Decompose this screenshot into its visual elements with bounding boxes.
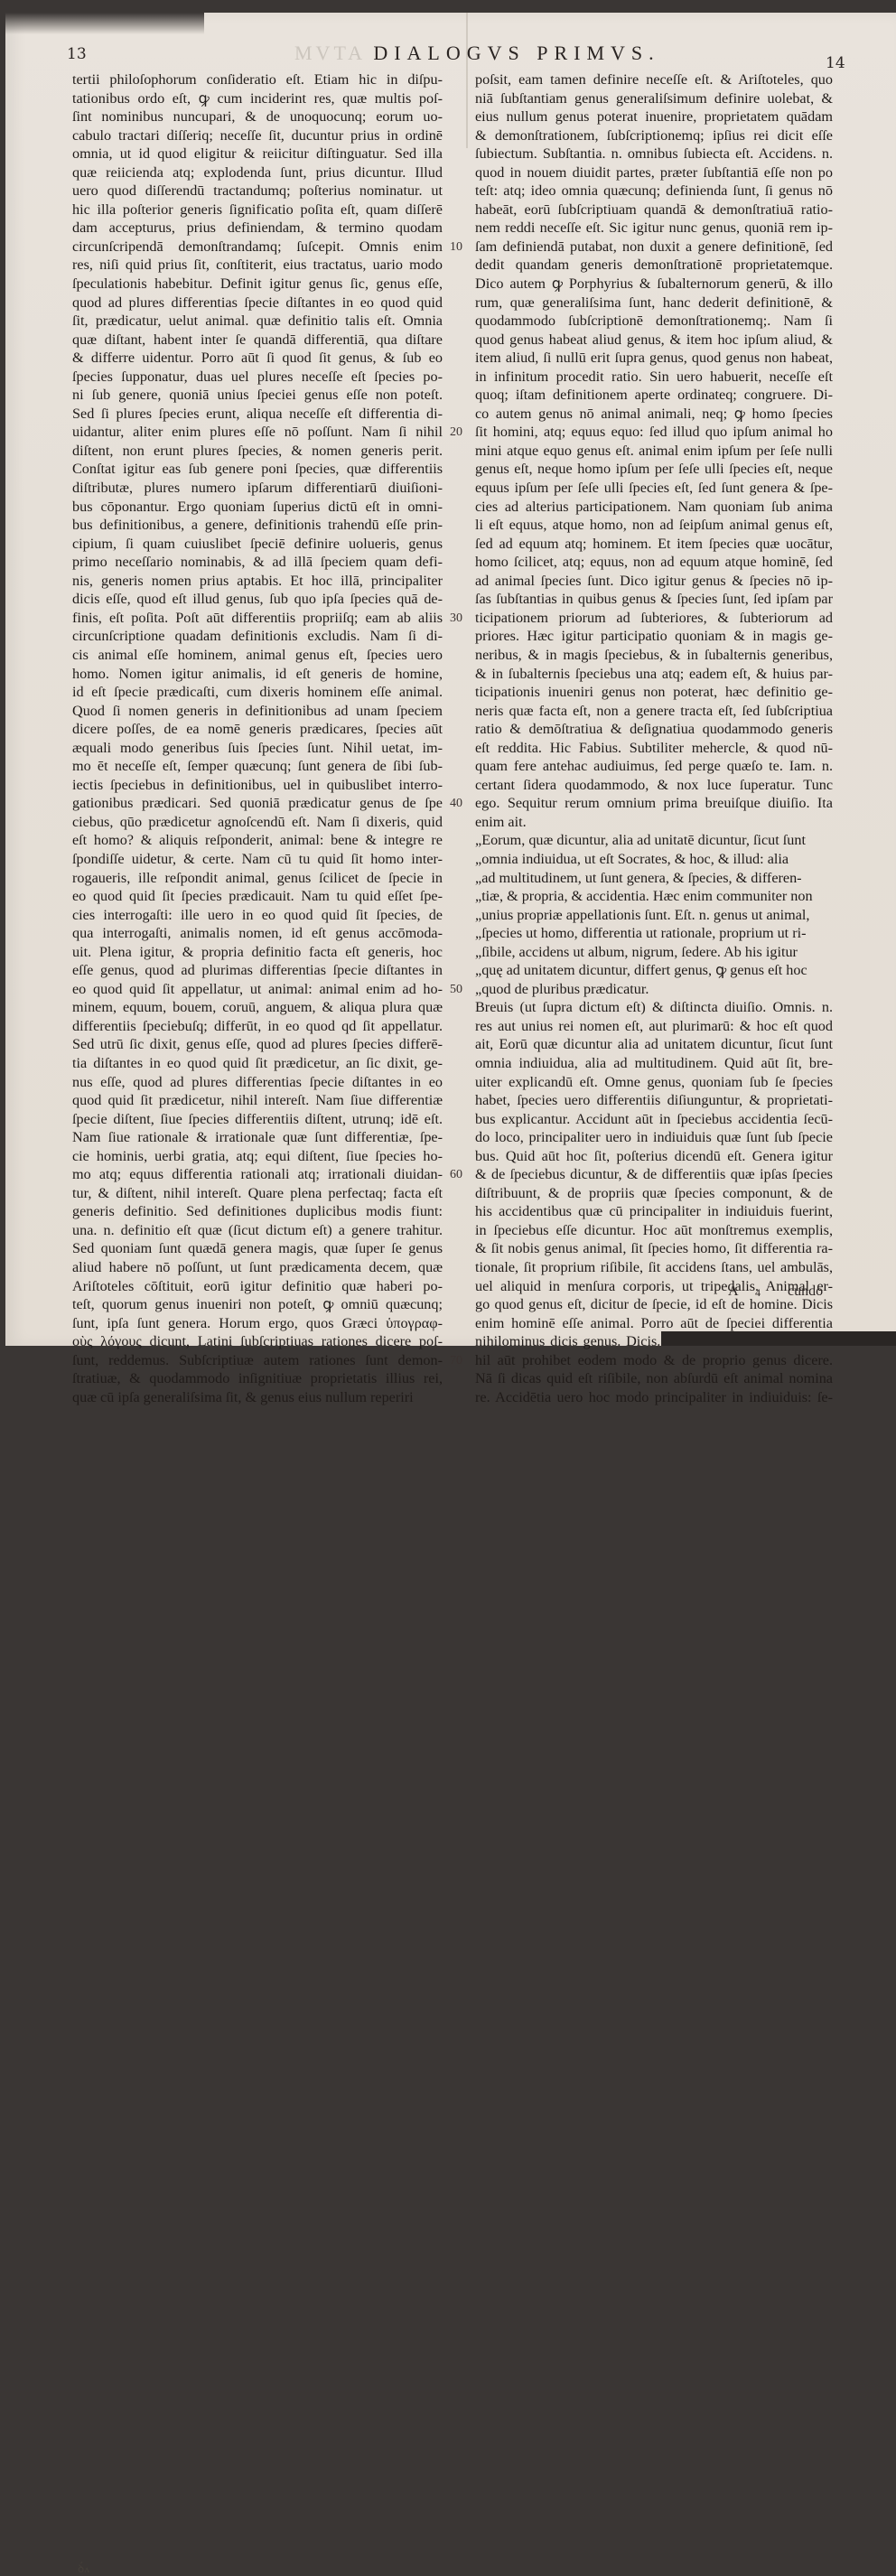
text-line: tur, & diſtent, nihil intereſt. Quare pl… (72, 1184, 443, 1203)
text-line: quæ diſtant, habent inter ſe quandā diff… (72, 331, 443, 350)
scan-shadow-bottom (661, 1331, 896, 1346)
quoted-text: unius propriæ appellationis ſunt. Eſt. n… (481, 907, 809, 923)
text-line: ad animal ſpecies ſunt. Dico igitur genu… (475, 572, 833, 591)
text-line: quæ reiicienda atq; explodenda ſunt, pri… (72, 163, 443, 182)
text-line: in infinitum procedit ratio. Sin uero ha… (475, 368, 833, 387)
text-line: generis definitio. Sed definitiones dupl… (72, 1202, 443, 1221)
text-line: go quod genus eſt, dicitur de ſpecie, id… (475, 1295, 833, 1314)
text-line: cie hominis, uerbi gratia, atq; equi diſ… (72, 1147, 443, 1166)
text-line: enim hominē eſſe animal. Porro aūt de ſp… (475, 1314, 833, 1333)
text-line: quod genus habeat aliud genus, & item ho… (475, 331, 833, 350)
text-line: hil aūt prohibet eodem modo & de proprio… (475, 1351, 833, 1355)
text-line: mo ēt neceſſe eſt, ſemper quæcunq; ſunt … (72, 757, 443, 776)
text-line: gationibus prædicari. Sed quoniā prædica… (72, 794, 443, 813)
paper-fold-mark (466, 13, 468, 148)
text-line: quod ad plures differentias ſpecie diſta… (72, 294, 443, 313)
text-line: eo quod quid ſit appellatur, ut animal: … (72, 980, 443, 999)
text-line: & differre uidentur. Porro aūt ſi quod ſ… (72, 349, 443, 368)
text-line: equus ipſum per ſeſe ulli ſpecies eſt, ſ… (475, 479, 833, 498)
text-line: ego. Sequitur rerum omnium prima breuiſq… (475, 794, 833, 813)
text-line: uit. Plena igitur, & propria definitio f… (72, 943, 443, 962)
text-line: ſed ad equum atq; hominem. Et item ſpeci… (475, 535, 833, 554)
right-text-column: poſsit, eam tamen definire neceſſe eſt. … (475, 70, 833, 1355)
text-line: & de ſpeciebus dicuntur, & de differenti… (475, 1165, 833, 1184)
quoted-text: ſibile, accidens ut album, nigrum, ſeder… (481, 944, 798, 960)
text-line: eius nullum genus poterat inuenire, prop… (475, 107, 833, 126)
text-line: item aliud, ſi nullū erit ſupra genus, q… (475, 349, 833, 368)
text-line: Ariſtoteles cōſtituit, eorū igitur defin… (72, 1277, 443, 1296)
quoted-text: tiæ, & propria, & accidentia. Hæc enim c… (481, 888, 812, 904)
text-line: priores. Hæc igitur participatio quoniam… (475, 627, 833, 646)
text-line: mo atq; equus differentia rationali atq;… (72, 1165, 443, 1184)
text-line: nis, generis nomen prius aptabis. Et hoc… (72, 572, 443, 591)
text-line: his accidentibus quæ cū principaliter in… (475, 1202, 833, 1221)
text-line: uel aliquid in menſura corporis, ut trip… (475, 1277, 833, 1296)
text-line: cis animal eſſe hominem, animal genus eſ… (72, 646, 443, 665)
text-line: quod in nouem diuidit partes, præter ſub… (475, 163, 833, 182)
text-line: ſit, prædicatur, uelut animal. quæ defin… (72, 312, 443, 331)
text-line: res aut unius rei nomen eſt, aut plurima… (475, 1017, 833, 1036)
text-line: ſint nominibus nuncupari, & de unoquocun… (72, 107, 443, 126)
catchword: cundo (788, 1283, 823, 1300)
text-line: Nam ſiue rationale & irrationale quæ ſun… (72, 1128, 443, 1147)
page-number-right: 14 (826, 54, 845, 72)
text-line: ſubiectum. Subſtantia. n. omnibus ſubiec… (475, 145, 833, 163)
quoted-text-line: „quę ad unitatem dicuntur, differt genus… (475, 961, 833, 980)
text-line: tia diſtantes in eo quod quid ſit prædic… (72, 1054, 443, 1073)
text-line: ſpeculationis habebitur. Definit igitur … (72, 275, 443, 294)
text-line: minem, equum, bouem, coruū, anguem, & al… (72, 998, 443, 1017)
text-line: ratio & demōſtratiua & deſignatiua quoda… (475, 720, 833, 739)
text-line: tertii philoſophorum conſideratio eſt. E… (72, 70, 443, 89)
text-line: dam accepturus, prius definiendam, & ter… (72, 219, 443, 238)
text-line: cabulo tractari diſſeriq; neceſſe ſit, d… (72, 126, 443, 145)
text-line: uidantur, aliter enim plures eſſe nō poſ… (72, 423, 443, 442)
text-line: nus eſſe, quod ad plures differentias ſp… (72, 1073, 443, 1092)
text-line: mini atque equo genus eſt. animal enim i… (475, 442, 833, 461)
text-line: id eſt ſpecie prædicaſti, cum dixeris ho… (72, 683, 443, 702)
text-line: teſt: atq; ideo omnia quæcunq; definiend… (475, 182, 833, 201)
quoted-text: Eorum, quæ dicuntur, alia ad unitatē dic… (481, 832, 806, 848)
text-line: ticipationis inueniri genus non poterat,… (475, 683, 833, 702)
text-line: quod quid ſit prædicetur, nihil intereſt… (72, 1091, 443, 1110)
text-line: enim ait. (475, 813, 833, 832)
quoted-text: quę ad unitatem dicuntur, differt genus,… (481, 962, 807, 978)
text-line: bus. Quid aūt hoc ſit, poſterius dicendū… (475, 1147, 833, 1166)
text-line: co autem genus nō animal animali, neq; ꝙ… (475, 405, 833, 424)
text-line: in ſpeciebus eſſe dicuntur. Hoc aūt monſ… (475, 1221, 833, 1240)
text-line: Breuis (ut ſupra dictum eſt) & diſtincta… (475, 998, 833, 1017)
quoted-text-line: „unius propriæ appellationis ſunt. Eſt. … (475, 906, 833, 925)
text-line: ticipationem priorum ad ſubteriores, & ſ… (475, 609, 833, 628)
running-title: MVTA DIALOGVS PRIMVS. (294, 42, 660, 65)
text-line: li eſt equus, atque homo, non ad ſeipſum… (475, 516, 833, 535)
text-line: ſas ſubſtantias in quibus genus & ſpecie… (475, 590, 833, 609)
text-line: homo ſcilicet, atq; equus, non ad equum … (475, 553, 833, 572)
quoted-text-line: „ſpecies ut homo, differentia ut rationa… (475, 924, 833, 943)
text-line: οὺς λόγους dicunt, Latini ſubſcriptiuas … (72, 1332, 443, 1351)
book-page: 13 MVTA DIALOGVS PRIMVS. 14 tertii philo… (5, 13, 896, 1346)
text-line: ſpondiſſe uidetur, & certe. Nam cū tu qu… (72, 850, 443, 869)
text-line: dicere poſſes, de ea nomē generis prædic… (72, 720, 443, 739)
text-line: habet, ſpecies uero differentiis diſiung… (475, 1091, 833, 1110)
text-line: uiter explicandū eſt. Omne genus, quonia… (475, 1073, 833, 1092)
text-line: tationibus ordo eſt, ꝙ cum inciderint re… (72, 89, 443, 108)
line-number: 10 (450, 240, 462, 255)
text-line: Sed quoniam ſunt quædā genera magis, quæ… (72, 1239, 443, 1258)
text-line: teſt, quorum genus inueniri non poteſt, … (72, 1295, 443, 1314)
text-line: una. n. definitio eſt quæ (ſicut dictum … (72, 1221, 443, 1240)
text-line: quodammodo ſubſcriptionē demonſtrationem… (475, 312, 833, 331)
text-line: bus cōponantur. Ergo quoniam ſuperius di… (72, 498, 443, 517)
text-line: cies ad alterius participationem. Nam qu… (475, 498, 833, 517)
show-through-text: MVTA (294, 42, 373, 64)
text-line: aliud habere nō poſſunt, ut ſunt prædica… (72, 1258, 443, 1277)
text-line: Sed utrū ſic dixit, genus eſſe, quod ad … (72, 1035, 443, 1054)
text-line: omnia, ut id quod eligitur & reiicitur d… (72, 145, 443, 163)
text-line: Sed ſi plures ſpecies erunt, aliqua nece… (72, 405, 443, 424)
text-line: ni ſub genere, quoniā unius ſpeciei genu… (72, 386, 443, 405)
text-line: res, niſi quid prius ſit, conſtiterit, e… (72, 256, 443, 275)
line-number: 40 (450, 797, 462, 811)
text-line: genus eſt, neque homo ipſum per ſeſe ull… (475, 460, 833, 479)
running-header: 13 MVTA DIALOGVS PRIMVS. 14 (5, 40, 896, 67)
quoted-text: ſpecies ut homo, differentia ut rational… (481, 925, 806, 941)
running-title-text: DIALOGVS PRIMVS. (373, 42, 659, 64)
text-line: differentiis ſpeciebuſq; differūt, in eo… (72, 1017, 443, 1036)
signature-mark: A (728, 1283, 739, 1300)
text-line: neris quæ facta eſt, non a genere tracta… (475, 702, 833, 721)
text-line: ait, Eorū quæ dicuntur alia ad unitatem … (475, 1035, 833, 1054)
text-line: poſsit, eam tamen definire neceſſe eſt. … (475, 70, 833, 89)
text-line: rum, quæ generaliſsima ſunt, hanc dederi… (475, 294, 833, 313)
text-line: quoq; iſtam definitionem aperte ordinate… (475, 386, 833, 405)
text-line: certant ſidera quodammodo, & nox luce ſu… (475, 776, 833, 795)
text-line: & in ſubalternis ſpeciebus una atq; eade… (475, 665, 833, 684)
text-line: ſit homini, atq; equus equo: ſed illud q… (475, 423, 833, 442)
text-line: bus definitionibus, a genere, definition… (72, 516, 443, 535)
signature-number: 4 (755, 1286, 761, 1300)
quoted-text-line: „quod de pluribus prædicatur. (475, 980, 833, 999)
text-line: omnia indiuidua, alia ad multitudinem. Q… (475, 1054, 833, 1073)
page-number-left: 13 (67, 45, 87, 63)
quoted-text-line: „Eorum, quæ dicuntur, alia ad unitatē di… (475, 831, 833, 850)
text-line: niā ſubſtantiam genus generaliſsimum def… (475, 89, 833, 108)
text-line: circunſcriptione quadam definitionis exc… (72, 627, 443, 646)
text-line: eſt reddita. Hic Fabius. Subtiliter mehe… (475, 739, 833, 758)
text-line: & demonſtrationem, ſubſcriptionemq; ipſi… (475, 126, 833, 145)
text-line: Conſtat igitur eas ſub genere poni ſpeci… (72, 460, 443, 479)
quoted-text-line: „ad multitudinem, ut ſunt genera, & ſpec… (475, 869, 833, 888)
text-line: & ſit nobis genus animal, ſit ſpecies ho… (475, 1239, 833, 1258)
text-line: rogaueris, ille reſpondit animal, genus … (72, 869, 443, 888)
text-line: eo quod quid ſit ſpecies prædicauit. Nam… (72, 887, 443, 906)
line-number: 30 (450, 611, 462, 626)
text-line: homo. Nomen igitur animalis, id eſt gene… (72, 665, 443, 684)
quoted-text: omnia indiuidua, ut eſt Socrates, & hoc,… (481, 851, 789, 867)
text-line: nem reddi neceſſe eſt. Sic igitur nunc g… (475, 219, 833, 238)
text-line: Dico autem ꝙ Porphyrius & ſubalternorum … (475, 275, 833, 294)
quoted-text-line: „ſibile, accidens ut album, nigrum, ſede… (475, 943, 833, 962)
line-number: 60 (450, 1168, 462, 1182)
text-line: ciebus, qūo prædicetur agnoſcendū eſt. N… (72, 813, 443, 832)
line-number: 20 (450, 425, 462, 440)
text-line: do loco, principaliter uero in indiuidui… (475, 1128, 833, 1147)
text-line: dicis eſſe, quod eſt illud genus, ſub qu… (72, 590, 443, 609)
text-line: ſunt, reddemus. Subſcriptiuæ autem ratio… (72, 1351, 443, 1355)
text-line: hic illa poſterior generis ſignificatio … (72, 201, 443, 219)
text-line: dedit quandam generis demonſtrationē pro… (475, 256, 833, 275)
text-line: uero quod diſſerendū tractandumq; poſter… (72, 182, 443, 201)
text-line: iectis ſpeciebus in definitionibus, uel … (72, 776, 443, 795)
text-line: tionale, ſit proprium riſibile, ſit acci… (475, 1258, 833, 1277)
text-line: ſam definiendā putabat, non duxit a gene… (475, 238, 833, 257)
text-line: circunſcripendā demonſtrandamq; ſuſcepit… (72, 238, 443, 257)
scan-shadow-top (5, 13, 204, 34)
text-line: diſtribuunt, & de propriis quæ ſpecies c… (475, 1184, 833, 1203)
text-line: ſpecies ſupponatur, duas uel plures nece… (72, 368, 443, 387)
left-text-column: tertii philoſophorum conſideratio eſt. E… (72, 70, 443, 1355)
quoted-text-line: „tiæ, & propria, & accidentia. Hæc enim … (475, 887, 833, 906)
text-line: Quod ſi nomen generis in definitionibus … (72, 702, 443, 721)
text-line: ſpecie diſtent, ſiue ſpecies differentii… (72, 1110, 443, 1129)
text-line: ſunt, ipſa ſunt genera. Horum ergo, quos… (72, 1314, 443, 1333)
text-line: cies interrogaſti: ille uero in eo quod … (72, 906, 443, 925)
quoted-text: quod de pluribus prædicatur. (481, 981, 649, 997)
text-line: eſſe genus, quod ad plurimas differentia… (72, 961, 443, 980)
text-line: bus explicantur. Accidunt aūt in ſpecieb… (475, 1110, 833, 1129)
text-line: finis, eſt poſita. Poſt aūt differentiis… (72, 609, 443, 628)
quoted-text: ad multitudinem, ut ſunt genera, & ſpeci… (481, 870, 801, 886)
line-number: 50 (450, 983, 462, 997)
text-line: qua interrogaſti, animalis nomen, id eſt… (72, 924, 443, 943)
text-line: æquali modo generibus ſuis ſpecies ſunt.… (72, 739, 443, 758)
text-line: diſtent, non erunt plures ſpecies, & nom… (72, 442, 443, 461)
text-line: eſt homo? & aliquis reſponderit, animal:… (72, 831, 443, 850)
text-line: primo neceſſario nominabis, & ad illā ſp… (72, 553, 443, 572)
quoted-text-line: „omnia indiuidua, ut eſt Socrates, & hoc… (475, 850, 833, 869)
text-line: neribus, & in magis ſpeciebus, & in ſuba… (475, 646, 833, 665)
text-line: diſtributæ, plures numero ipſarum differ… (72, 479, 443, 498)
text-line: habeāt, eorū ſubſcriptiuam quandā & demo… (475, 201, 833, 219)
text-line: cipium, ſi quam cuiuslibet ſpeciē defini… (72, 535, 443, 554)
text-line: quam fere antehac audiuimus, ſed perge q… (475, 757, 833, 776)
